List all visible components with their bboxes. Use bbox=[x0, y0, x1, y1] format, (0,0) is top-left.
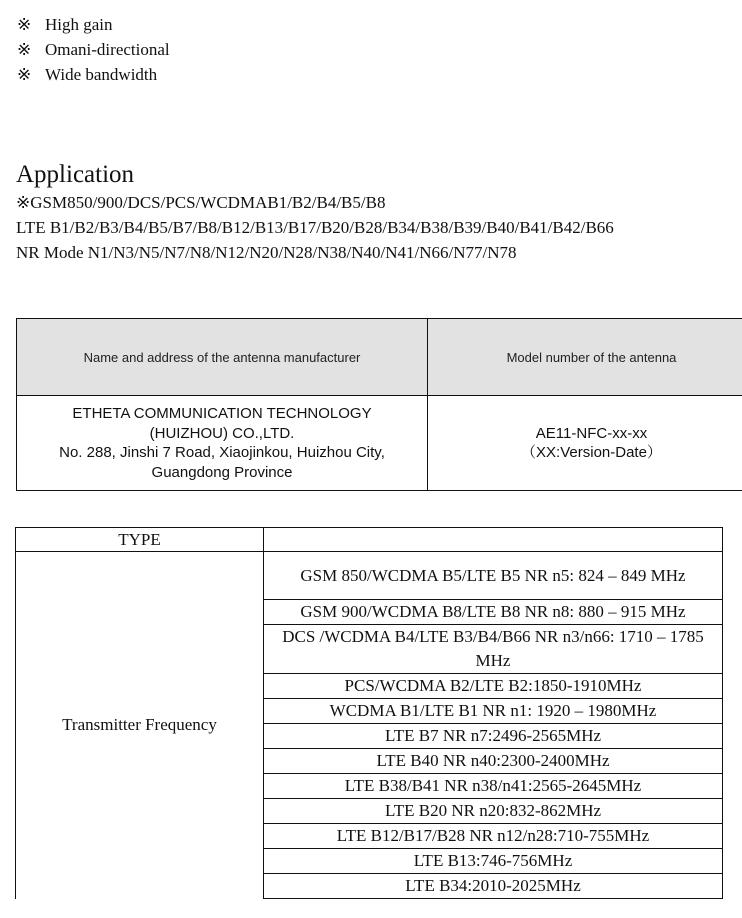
frequency-value: GSM 850/WCDMA B5/LTE B5 NR n5: 824 – 849… bbox=[264, 552, 723, 600]
frequency-value: LTE B34:2010-2025MHz bbox=[264, 874, 723, 899]
frequency-value: GSM 900/WCDMA B8/LTE B8 NR n8: 880 – 915… bbox=[264, 600, 723, 625]
application-line: NR Mode N1/N3/N5/N7/N8/N12/N20/N28/N38/N… bbox=[16, 240, 614, 265]
frequency-row: Transmitter Frequency GSM 850/WCDMA B5/L… bbox=[16, 552, 723, 600]
feature-item: ※Wide bandwidth bbox=[17, 62, 170, 87]
frequency-value: LTE B13:746-756MHz bbox=[264, 849, 723, 874]
spec-table: TYPE Transmitter Frequency GSM 850/WCDMA… bbox=[15, 527, 723, 899]
application-heading: Application bbox=[16, 160, 134, 190]
frequency-value: LTE B38/B41 NR n38/n41:2565-2645MHz bbox=[264, 774, 723, 799]
frequency-value: LTE B7 NR n7:2496-2565MHz bbox=[264, 724, 723, 749]
frequency-value: WCDMA B1/LTE B1 NR n1: 1920 – 1980MHz bbox=[264, 699, 723, 724]
model-number-cell: AE11-NFC-xx-xx （XX:Version-Date） bbox=[428, 396, 742, 491]
frequency-value: DCS /WCDMA B4/LTE B3/B4/B66 NR n3/n66: 1… bbox=[264, 625, 723, 674]
feature-item: ※High gain bbox=[17, 12, 170, 37]
frequency-value: LTE B20 NR n20:832-862MHz bbox=[264, 799, 723, 824]
header-manufacturer: Name and address of the antenna manufact… bbox=[17, 319, 428, 396]
frequency-value: LTE B40 NR n40:2300-2400MHz bbox=[264, 749, 723, 774]
header-model-number: Model number of the antenna bbox=[428, 319, 742, 396]
manufacturer-table: Name and address of the antenna manufact… bbox=[16, 318, 742, 491]
manufacturer-cell: ETHETA COMMUNICATION TECHNOLOGY (HUIZHOU… bbox=[17, 396, 428, 491]
reference-mark-icon: ※ bbox=[17, 62, 45, 87]
manufacturer-table-header: Name and address of the antenna manufact… bbox=[17, 319, 742, 396]
feature-item: ※Omani-directional bbox=[17, 37, 170, 62]
reference-mark-icon: ※ bbox=[17, 37, 45, 62]
transmitter-frequency-label: Transmitter Frequency bbox=[16, 552, 264, 899]
manufacturer-table-row: ETHETA COMMUNICATION TECHNOLOGY (HUIZHOU… bbox=[17, 396, 742, 491]
frequency-value: LTE B12/B17/B28 NR n12/n28:710-755MHz bbox=[264, 824, 723, 849]
reference-mark-icon: ※ bbox=[17, 12, 45, 37]
type-row: TYPE bbox=[16, 528, 723, 552]
application-line: ※GSM850/900/DCS/PCS/WCDMAB1/B2/B4/B5/B8 bbox=[16, 190, 614, 215]
application-bands: ※GSM850/900/DCS/PCS/WCDMAB1/B2/B4/B5/B8 … bbox=[16, 190, 614, 265]
frequency-value: PCS/WCDMA B2/LTE B2:1850-1910MHz bbox=[264, 674, 723, 699]
type-label: TYPE bbox=[16, 528, 264, 552]
type-value bbox=[264, 528, 723, 552]
feature-list: ※High gain ※Omani-directional ※Wide band… bbox=[17, 12, 170, 87]
application-line: LTE B1/B2/B3/B4/B5/B7/B8/B12/B13/B17/B20… bbox=[16, 215, 614, 240]
